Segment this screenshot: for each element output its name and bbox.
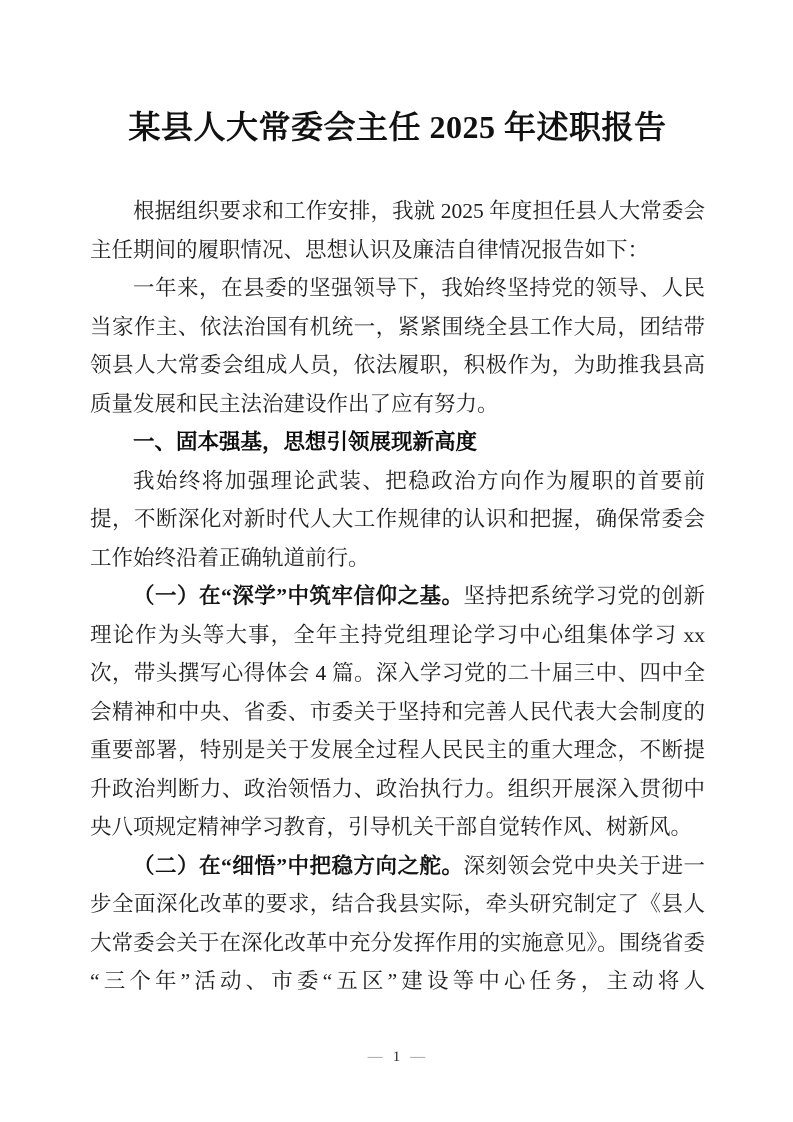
footer-dash-left: — xyxy=(368,1049,383,1065)
paragraph-intro-1: 根据组织要求和工作安排，我就 2025 年度担任县人大常委会主任期间的履职情况、… xyxy=(90,192,705,269)
subsection-1-heading: （一）在“深学”中筑牢信仰之基。 xyxy=(133,584,463,608)
subsection-2-heading: （二）在“细悟”中把稳方向之舵。 xyxy=(133,854,463,878)
footer-dash-right: — xyxy=(410,1049,425,1065)
paragraph-intro-2: 一年来，在县委的坚强领导下，我始终坚持党的领导、人民当家作主、依法治国有机统一，… xyxy=(90,269,705,423)
section-heading-1: 一、固本强基，思想引领展现新高度 xyxy=(90,423,705,462)
paragraph-subsection-1: （一）在“深学”中筑牢信仰之基。坚持把系统学习党的创新理论作为头等大事，全年主持… xyxy=(90,577,705,847)
paragraph-subsection-2: （二）在“细悟”中把稳方向之舵。深刻领会党中央关于进一步全面深化改革的要求，结合… xyxy=(90,847,705,1001)
page-number: 1 xyxy=(393,1049,401,1065)
paragraph-section1-overview: 我始终将加强理论武装、把稳政治方向作为履职的首要前提，不断深化对新时代人大工作规… xyxy=(90,462,705,578)
subsection-1-body: 坚持把系统学习党的创新理论作为头等大事，全年主持党组理论学习中心组集体学习 xx… xyxy=(90,584,705,839)
page-footer: —1— xyxy=(0,1048,793,1066)
document-title: 某县人大常委会主任 2025 年述职报告 xyxy=(90,106,705,148)
document-page: 某县人大常委会主任 2025 年述职报告 根据组织要求和工作安排，我就 2025… xyxy=(0,0,793,1122)
